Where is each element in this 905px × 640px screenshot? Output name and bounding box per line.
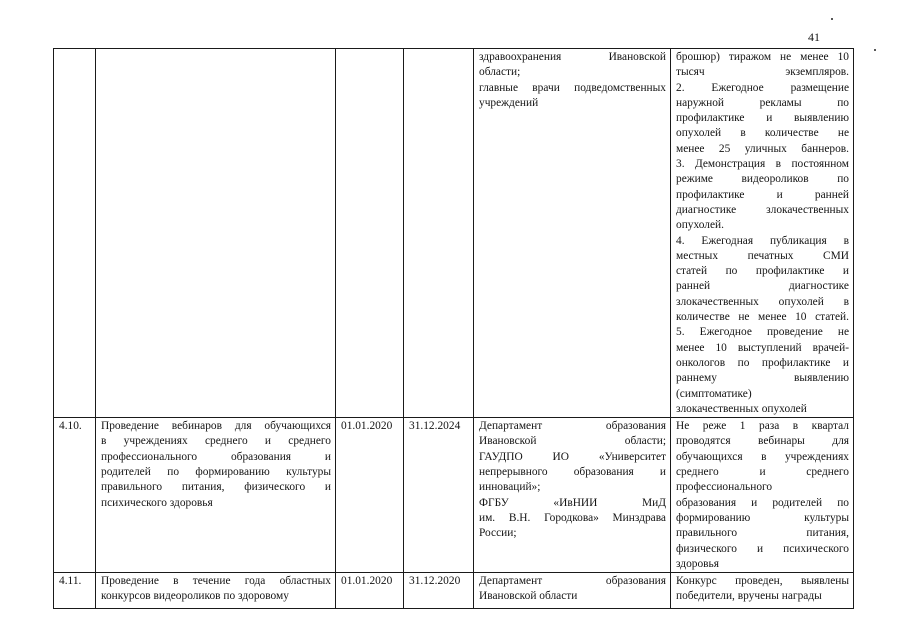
text-line: непрерывного образования и bbox=[479, 465, 666, 480]
executors-cell: Департамент образованияИвановской област… bbox=[474, 573, 671, 609]
text-line: ФГБУ «ИвНИИ МиД bbox=[479, 496, 666, 511]
text-line: среднего и среднего bbox=[676, 465, 849, 480]
activities-table: здравоохранения Ивановскойобласти;главны… bbox=[53, 48, 854, 609]
text-line: профилактике и выявлению bbox=[676, 111, 849, 126]
result-cell: Конкурс проведен, выявленыпобедители, вр… bbox=[671, 573, 854, 609]
text-line: профессионального образования и bbox=[101, 450, 331, 465]
row-number-cell: 4.11. bbox=[54, 573, 96, 609]
text-line: правильного питания, bbox=[676, 526, 849, 541]
executors-cell: здравоохранения Ивановскойобласти;главны… bbox=[474, 49, 671, 418]
text-line: тысяч экземпляров. bbox=[676, 65, 849, 80]
text-line: статей по профилактике и bbox=[676, 264, 849, 279]
text-line: Проведение в течение года областных bbox=[101, 574, 331, 589]
text-line: 3. Демонстрация в постоянном bbox=[676, 157, 849, 172]
end-date-cell: 31.12.2024 bbox=[404, 418, 474, 573]
text-line: Конкурс проведен, выявлены bbox=[676, 574, 849, 589]
text-line: опухолей в количестве не bbox=[676, 126, 849, 141]
text-line: профессионального bbox=[676, 480, 849, 495]
start-date-cell bbox=[336, 49, 404, 418]
row-number-cell bbox=[54, 49, 96, 418]
text-line: области; bbox=[479, 65, 666, 80]
text-line: местных печатных СМИ bbox=[676, 249, 849, 264]
table-row: 4.11.Проведение в течение года областных… bbox=[54, 573, 854, 609]
end-date-cell: 31.12.2020 bbox=[404, 573, 474, 609]
text-line: 2. Ежегодное размещение bbox=[676, 81, 849, 96]
page-number: 41 bbox=[808, 30, 820, 45]
text-line: менее 10 выступлений врачей- bbox=[676, 341, 849, 356]
text-line: 4. Ежегодная публикация в bbox=[676, 234, 849, 249]
text-line: Департамент образования bbox=[479, 574, 666, 589]
text-line: конкурсов видеороликов по здоровому bbox=[101, 589, 331, 604]
text-line: онкологов по профилактике и bbox=[676, 356, 849, 371]
activity-cell: Проведение вебинаров для обучающихсяв уч… bbox=[96, 418, 336, 573]
text-line: физического и психического bbox=[676, 542, 849, 557]
text-line: учреждений bbox=[479, 96, 666, 111]
text-line: Департамент образования bbox=[479, 419, 666, 434]
text-line: главные врачи подведомственных bbox=[479, 81, 666, 96]
activity-cell bbox=[96, 49, 336, 418]
text-line: Ивановской области bbox=[479, 589, 666, 604]
text-line: инноваций»; bbox=[479, 480, 666, 495]
text-line: в учреждениях среднего и среднего bbox=[101, 434, 331, 449]
executors-cell: Департамент образованияИвановской област… bbox=[474, 418, 671, 573]
text-line: правильного питания, физического и bbox=[101, 480, 331, 495]
text-line: формированию культуры bbox=[676, 511, 849, 526]
text-line: победители, вручены награды bbox=[676, 589, 849, 604]
result-cell: брошюр) тиражом не менее 10тысяч экземпл… bbox=[671, 49, 854, 418]
text-line: 5. Ежегодное проведение не bbox=[676, 325, 849, 340]
text-line: ранней диагностике bbox=[676, 279, 849, 294]
text-line: Ивановской области; bbox=[479, 434, 666, 449]
text-line: профилактике и ранней bbox=[676, 188, 849, 203]
text-line: ГАУДПО ИО «Университет bbox=[479, 450, 666, 465]
text-line: злокачественных опухолей в bbox=[676, 295, 849, 310]
text-line: диагностике злокачественных bbox=[676, 203, 849, 218]
text-line: образования и родителей по bbox=[676, 496, 849, 511]
text-line: здоровья bbox=[676, 557, 849, 572]
text-line: злокачественных опухолей bbox=[676, 402, 849, 417]
text-line: брошюр) тиражом не менее 10 bbox=[676, 50, 849, 65]
end-date-cell bbox=[404, 49, 474, 418]
text-line: опухолей. bbox=[676, 218, 849, 233]
table-row: здравоохранения Ивановскойобласти;главны… bbox=[54, 49, 854, 418]
scan-speck bbox=[874, 49, 876, 51]
scan-speck bbox=[831, 18, 833, 20]
start-date-cell: 01.01.2020 bbox=[336, 573, 404, 609]
start-date-cell: 01.01.2020 bbox=[336, 418, 404, 573]
activity-cell: Проведение в течение года областныхконку… bbox=[96, 573, 336, 609]
text-line: психического здоровья bbox=[101, 496, 331, 511]
text-line: проводятся вебинары для bbox=[676, 434, 849, 449]
row-number-cell: 4.10. bbox=[54, 418, 96, 573]
text-line: здравоохранения Ивановской bbox=[479, 50, 666, 65]
text-line: России; bbox=[479, 526, 666, 541]
text-line: наружной рекламы по bbox=[676, 96, 849, 111]
text-line: режиме видеороликов по bbox=[676, 172, 849, 187]
text-line: количестве не менее 10 статей. bbox=[676, 310, 849, 325]
text-line: раннему выявлению bbox=[676, 371, 849, 386]
text-line: им. В.Н. Городкова» Минздрава bbox=[479, 511, 666, 526]
text-line: Проведение вебинаров для обучающихся bbox=[101, 419, 331, 434]
text-line: (симптоматике) bbox=[676, 387, 849, 402]
table-row: 4.10.Проведение вебинаров для обучающихс… bbox=[54, 418, 854, 573]
text-line: менее 25 уличных баннеров. bbox=[676, 142, 849, 157]
text-line: обучающихся в учреждениях bbox=[676, 450, 849, 465]
text-line: родителей по формированию культуры bbox=[101, 465, 331, 480]
text-line: Не реже 1 раза в квартал bbox=[676, 419, 849, 434]
result-cell: Не реже 1 раза в кварталпроводятся вебин… bbox=[671, 418, 854, 573]
